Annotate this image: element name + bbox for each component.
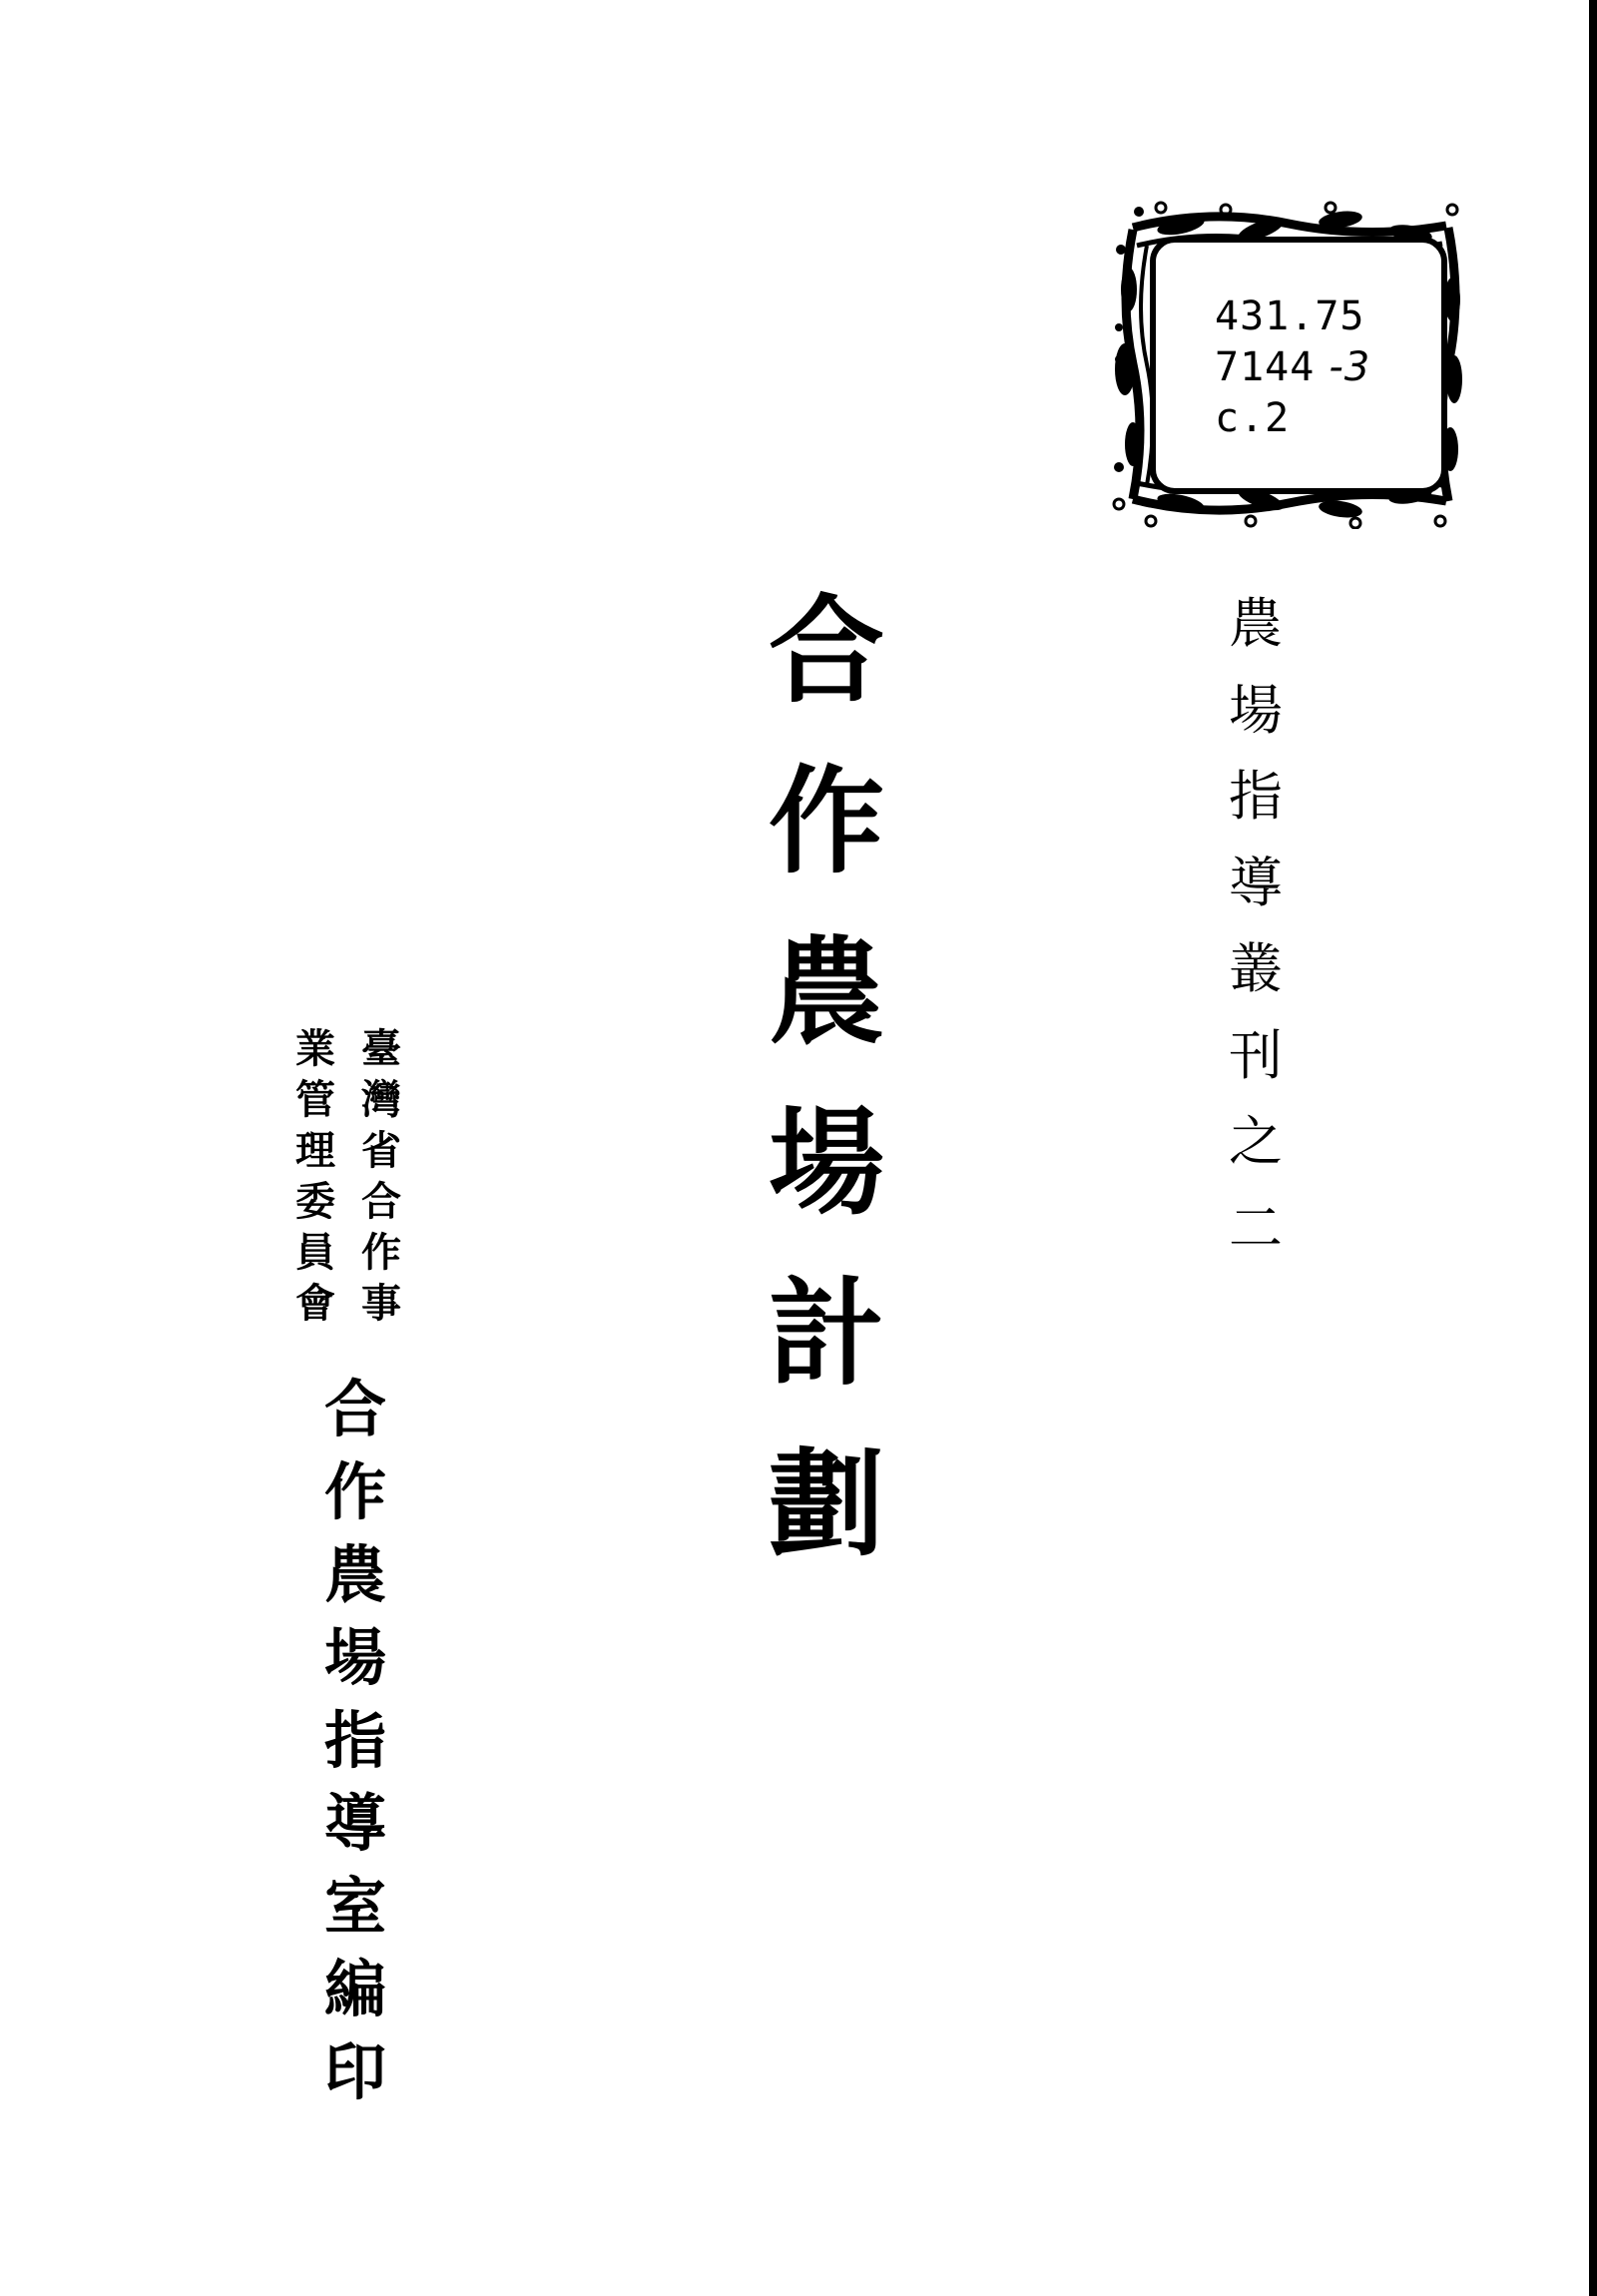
editor-char: 指 bbox=[324, 1705, 386, 1788]
editor-char: 導 bbox=[324, 1788, 386, 1871]
series-char: 農 bbox=[1229, 591, 1283, 678]
title-char: 農 bbox=[769, 928, 884, 1099]
org-char: 作 bbox=[361, 1230, 401, 1281]
library-call-number-label: 431.75 7144-3 c.2 bbox=[1111, 200, 1467, 529]
series-char: 二 bbox=[1229, 1196, 1283, 1283]
title-char: 場 bbox=[769, 1099, 884, 1270]
cutter-number: 7144 bbox=[1215, 344, 1315, 390]
series-title: 農 場 指 導 叢 刊 之 二 bbox=[1223, 591, 1289, 1282]
series-char: 導 bbox=[1229, 851, 1283, 937]
series-char: 刊 bbox=[1229, 1023, 1283, 1110]
org-char: 合 bbox=[361, 1179, 401, 1230]
editor-char: 作 bbox=[324, 1456, 386, 1539]
series-char: 叢 bbox=[1229, 936, 1283, 1023]
org-char: 事 bbox=[361, 1281, 401, 1332]
org-char: 會 bbox=[295, 1281, 335, 1332]
editor-char: 室 bbox=[324, 1871, 386, 1954]
page-edge-bar bbox=[1589, 0, 1597, 2296]
org-char: 省 bbox=[361, 1128, 401, 1179]
org-char: 臺 bbox=[361, 1026, 401, 1077]
series-char: 指 bbox=[1229, 764, 1283, 851]
call-number-class: 431.75 bbox=[1215, 291, 1370, 342]
editor-char: 合 bbox=[324, 1374, 386, 1456]
org-char: 委 bbox=[295, 1179, 335, 1230]
editor-imprint: 合 作 農 場 指 導 室 編 印 bbox=[317, 1374, 393, 2119]
series-char: 之 bbox=[1229, 1109, 1283, 1196]
org-char: 員 bbox=[295, 1230, 335, 1281]
title-char: 計 bbox=[769, 1270, 884, 1440]
editor-char: 印 bbox=[324, 2036, 386, 2119]
title-char: 劃 bbox=[769, 1440, 884, 1611]
call-number-cutter: 7144-3 bbox=[1215, 342, 1370, 393]
main-title: 合 作 農 場 計 劃 bbox=[757, 587, 896, 1611]
publisher-org-column-1: 臺 灣 省 合 作 事 bbox=[355, 1026, 407, 1332]
handwritten-volume-mark: -3 bbox=[1329, 344, 1370, 390]
title-char: 作 bbox=[769, 758, 884, 928]
editor-char: 農 bbox=[324, 1539, 386, 1622]
title-char: 合 bbox=[769, 587, 884, 758]
org-char: 理 bbox=[295, 1128, 335, 1179]
org-char: 業 bbox=[295, 1026, 335, 1077]
editor-char: 場 bbox=[324, 1622, 386, 1705]
editor-char: 編 bbox=[324, 1954, 386, 2036]
org-char: 管 bbox=[295, 1077, 335, 1128]
publisher-org-column-2: 業 管 理 委 員 會 bbox=[289, 1026, 341, 1332]
series-char: 場 bbox=[1229, 678, 1283, 765]
org-char: 灣 bbox=[361, 1077, 401, 1128]
copy-number: c.2 bbox=[1215, 393, 1370, 444]
call-number: 431.75 7144-3 c.2 bbox=[1215, 291, 1370, 444]
